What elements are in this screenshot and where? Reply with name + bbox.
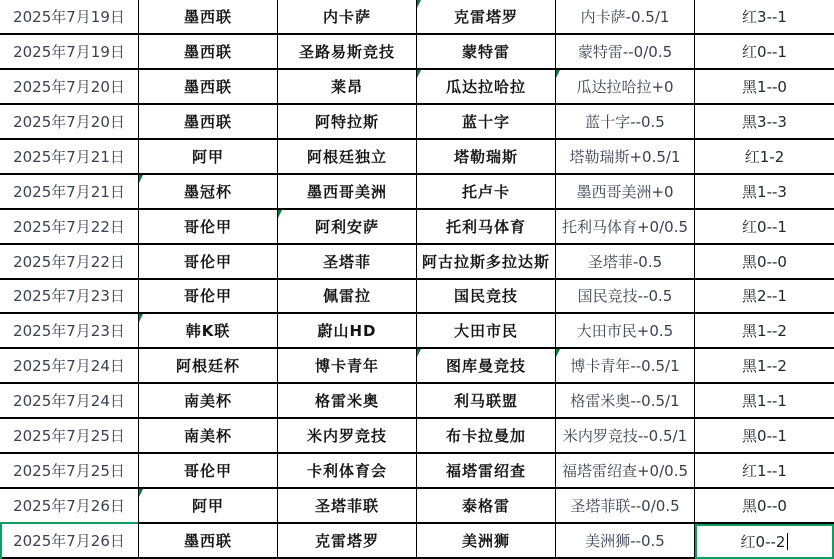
cell-date[interactable]: 2025年7月20日 [0, 70, 139, 105]
cell-text: 哥伦甲 [184, 216, 232, 237]
cell-text: 黑1--2 [742, 355, 787, 376]
cell-home[interactable]: 圣塔菲 [278, 245, 417, 280]
cell-away[interactable]: 托卢卡 [417, 175, 556, 210]
cell-home[interactable]: 蔚山HD [278, 314, 417, 349]
error-flag-icon [139, 314, 143, 322]
cell-text: 2025年7月20日 [13, 111, 125, 132]
cell-away[interactable]: 泰格雷 [417, 489, 556, 524]
cell-away[interactable]: 蓝十字 [417, 105, 556, 140]
cell-date[interactable]: 2025年7月26日 [0, 489, 139, 524]
cell-date[interactable]: 2025年7月24日 [0, 349, 139, 384]
cell-handicap[interactable]: 瓜达拉哈拉+0 [556, 70, 695, 105]
cell-text: 墨西联 [184, 41, 232, 62]
cell-text: 红1--1 [742, 460, 787, 481]
cell-away[interactable]: 图库曼竞技 [417, 349, 556, 384]
cell-text: 黑1--1 [742, 390, 787, 411]
cell-league[interactable]: 墨冠杯 [139, 175, 278, 210]
cell-text: 墨西联 [184, 530, 232, 551]
cell-league[interactable]: 哥伦甲 [139, 210, 278, 245]
cell-text: 红0--1 [742, 41, 787, 62]
cell-text: 韩K联 [186, 320, 231, 341]
cell-text: 黑0--1 [742, 425, 787, 446]
cell-text: 阿甲 [192, 495, 224, 516]
cell-text: 国民竞技 [454, 285, 518, 306]
cell-text: 圣塔菲联--0/0.5 [570, 495, 679, 516]
cell-home[interactable]: 圣塔菲联 [278, 489, 417, 524]
cell-date[interactable]: 2025年7月23日 [0, 280, 139, 315]
cell-result[interactable]: 黑0--0 [695, 245, 834, 280]
cell-away[interactable]: 托利马体育 [417, 210, 556, 245]
cell-date[interactable]: 2025年7月22日 [0, 210, 139, 245]
cell-text: 墨西联 [184, 76, 232, 97]
cell-away[interactable]: 克雷塔罗 [417, 0, 556, 35]
cell-result[interactable]: 黑1--1 [695, 384, 834, 419]
cell-date[interactable]: 2025年7月25日 [0, 454, 139, 489]
cell-text: 美洲狮--0.5 [585, 530, 665, 551]
cell-text: 蒙特雷 [462, 41, 510, 62]
text-cursor [787, 533, 788, 550]
cell-text: 哥伦甲 [184, 285, 232, 306]
cell-handicap[interactable]: 蓝十字--0.5 [556, 105, 695, 140]
cell-league[interactable]: 南美杯 [139, 419, 278, 454]
cell-text: 哥伦甲 [184, 251, 232, 272]
cell-date[interactable]: 2025年7月19日 [0, 0, 139, 35]
cell-home[interactable]: 阿根廷独立 [278, 140, 417, 175]
error-flag-icon [556, 349, 560, 357]
cell-text: 红3--1 [742, 6, 787, 27]
cell-text: 红0--2 [741, 531, 786, 552]
cell-league[interactable]: 阿根廷杯 [139, 349, 278, 384]
cell-text: 墨西哥美洲 [307, 181, 387, 202]
cell-text: 蓝十字--0.5 [585, 111, 665, 132]
cell-text: 格雷米奥--0.5/1 [570, 390, 679, 411]
cell-text: 莱昂 [331, 76, 363, 97]
cell-text: 蓝十字 [462, 111, 510, 132]
cell-home[interactable]: 佩雷拉 [278, 280, 417, 315]
cell-text: 福塔雷绍查+0/0.5 [562, 460, 688, 481]
cell-text: 黑0--0 [742, 495, 787, 516]
cell-home[interactable]: 莱昂 [278, 70, 417, 105]
cell-text: 博卡青年--0.5/1 [570, 355, 679, 376]
cell-text: 黑2--1 [742, 285, 787, 306]
cell-result[interactable]: 红0--1 [695, 35, 834, 70]
error-flag-icon [417, 349, 421, 357]
cell-result[interactable]: 红3--1 [695, 0, 834, 35]
cell-result[interactable]: 红1-2 [695, 140, 834, 175]
cell-text: 克雷塔罗 [315, 530, 379, 551]
cell-text: 2025年7月19日 [13, 41, 125, 62]
cell-text: 米内罗竞技--0.5/1 [563, 425, 687, 446]
cell-text: 瓜达拉哈拉+0 [576, 76, 673, 97]
cell-text: 红0--1 [742, 216, 787, 237]
cell-result[interactable]: 黑1--0 [695, 70, 834, 105]
error-flag-icon [417, 0, 421, 8]
cell-league[interactable]: 墨西联 [139, 105, 278, 140]
cell-handicap[interactable]: 博卡青年--0.5/1 [556, 349, 695, 384]
cell-text: 2025年7月24日 [13, 355, 125, 376]
cell-league[interactable]: 哥伦甲 [139, 245, 278, 280]
cell-text: 2025年7月26日 [13, 495, 125, 516]
cell-text: 托卢卡 [462, 181, 510, 202]
cell-home[interactable]: 克雷塔罗 [278, 524, 417, 559]
cell-text: 米内罗竞技 [307, 425, 387, 446]
cell-text: 黑1--0 [742, 76, 787, 97]
cell-result[interactable]: 黑1--3 [695, 175, 834, 210]
cell-text: 2025年7月24日 [13, 390, 125, 411]
cell-text: 黑0--0 [742, 251, 787, 272]
cell-text: 2025年7月23日 [13, 320, 125, 341]
cell-text: 托利马体育+0/0.5 [562, 216, 688, 237]
error-flag-icon [278, 210, 282, 218]
cell-text: 2025年7月21日 [13, 181, 125, 202]
cell-text: 阿特拉斯 [315, 111, 379, 132]
cell-text: 2025年7月26日 [13, 530, 125, 551]
cell-home[interactable]: 阿利安萨 [278, 210, 417, 245]
cell-text: 2025年7月21日 [13, 146, 125, 167]
cell-text: 墨西哥美洲+0 [576, 181, 673, 202]
cell-away[interactable]: 国民竞技 [417, 280, 556, 315]
cell-away[interactable]: 阿古拉斯多拉达斯 [417, 245, 556, 280]
cell-away[interactable]: 瓜达拉哈拉 [417, 70, 556, 105]
cell-league[interactable]: 墨西联 [139, 35, 278, 70]
cell-text: 阿利安萨 [315, 216, 379, 237]
cell-text: 阿甲 [192, 146, 224, 167]
cell-handicap[interactable]: 墨西哥美洲+0 [556, 175, 695, 210]
cell-text: 克雷塔罗 [454, 6, 518, 27]
cell-home[interactable]: 阿特拉斯 [278, 105, 417, 140]
cell-text: 蒙特雷--0/0.5 [578, 41, 672, 62]
cell-text: 蔚山HD [317, 320, 376, 341]
cell-result[interactable]: 红0--1 [695, 210, 834, 245]
cell-handicap[interactable]: 国民竞技--0.5 [556, 280, 695, 315]
cell-text: 内卡萨-0.5/1 [581, 6, 670, 27]
cell-text: 2025年7月25日 [13, 460, 125, 481]
cell-text: 黑3--3 [742, 111, 787, 132]
cell-text: 布卡拉曼加 [446, 425, 526, 446]
cell-text: 圣塔菲 [323, 251, 371, 272]
cell-text: 图库曼竞技 [446, 355, 526, 376]
cell-text: 塔勒瑞斯 [454, 146, 518, 167]
cell-text: 墨西联 [184, 111, 232, 132]
cell-text: 福塔雷绍查 [446, 460, 526, 481]
cell-text: 阿根廷杯 [176, 355, 240, 376]
cell-away[interactable]: 塔勒瑞斯 [417, 140, 556, 175]
cell-text: 黑1--3 [742, 181, 787, 202]
cell-date[interactable]: 2025年7月19日 [0, 35, 139, 70]
betting-record-spreadsheet: 2025年7月19日墨西联内卡萨克雷塔罗内卡萨-0.5/1红3--12025年7… [0, 0, 834, 559]
cell-text: 2025年7月20日 [13, 76, 125, 97]
error-flag-icon [139, 175, 143, 183]
cell-home[interactable]: 米内罗竞技 [278, 419, 417, 454]
cell-handicap[interactable]: 格雷米奥--0.5/1 [556, 384, 695, 419]
cell-handicap[interactable]: 福塔雷绍查+0/0.5 [556, 454, 695, 489]
cell-text: 2025年7月25日 [13, 425, 125, 446]
cell-text: 卡利体育会 [307, 460, 387, 481]
cell-date[interactable]: 2025年7月25日 [0, 419, 139, 454]
cell-text: 利马联盟 [454, 390, 518, 411]
cell-league[interactable]: 墨西联 [139, 0, 278, 35]
cell-home[interactable]: 墨西哥美洲 [278, 175, 417, 210]
cell-handicap[interactable]: 圣塔菲联--0/0.5 [556, 489, 695, 524]
cell-text: 泰格雷 [462, 495, 510, 516]
cell-result[interactable]: 红1--1 [695, 454, 834, 489]
cell-league[interactable]: 南美杯 [139, 384, 278, 419]
cell-text: 2025年7月23日 [13, 285, 125, 306]
cell-date[interactable]: 2025年7月21日 [0, 140, 139, 175]
cell-handicap[interactable]: 塔勒瑞斯+0.5/1 [556, 140, 695, 175]
cell-league[interactable]: 墨西联 [139, 70, 278, 105]
cell-text: 红1-2 [745, 146, 785, 167]
cell-text: 2025年7月22日 [13, 251, 125, 272]
cell-text: 墨西联 [184, 6, 232, 27]
cell-handicap[interactable]: 大田市民+0.5 [556, 314, 695, 349]
cell-handicap[interactable]: 内卡萨-0.5/1 [556, 0, 695, 35]
cell-text: 国民竞技--0.5 [578, 285, 673, 306]
cell-text: 大田市民 [454, 320, 518, 341]
cell-result[interactable]: 黑3--3 [695, 105, 834, 140]
cell-text: 美洲狮 [462, 530, 510, 551]
cell-league[interactable]: 哥伦甲 [139, 280, 278, 315]
cell-text: 佩雷拉 [323, 285, 371, 306]
cell-away[interactable]: 美洲狮 [417, 524, 556, 559]
cell-text: 格雷米奥 [315, 390, 379, 411]
cell-home[interactable]: 博卡青年 [278, 349, 417, 384]
cell-league[interactable]: 阿甲 [139, 140, 278, 175]
cell-away[interactable]: 福塔雷绍查 [417, 454, 556, 489]
cell-result[interactable]: 黑2--1 [695, 280, 834, 315]
cell-home[interactable]: 格雷米奥 [278, 384, 417, 419]
cell-date[interactable]: 2025年7月21日 [0, 175, 139, 210]
cell-text: 阿根廷独立 [307, 146, 387, 167]
cell-text: 南美杯 [184, 425, 232, 446]
cell-away[interactable]: 蒙特雷 [417, 35, 556, 70]
error-flag-icon [556, 70, 560, 78]
cell-home[interactable]: 圣路易斯竞技 [278, 35, 417, 70]
cell-text: 大田市民+0.5 [577, 320, 673, 341]
cell-text: 南美杯 [184, 390, 232, 411]
cell-text: 2025年7月22日 [13, 216, 125, 237]
cell-text: 托利马体育 [446, 216, 526, 237]
error-flag-icon [417, 70, 421, 78]
cell-text: 博卡青年 [315, 355, 379, 376]
cell-result[interactable]: 黑1--2 [695, 349, 834, 384]
cell-league[interactable]: 哥伦甲 [139, 454, 278, 489]
cell-text: 瓜达拉哈拉 [446, 76, 526, 97]
cell-result[interactable]: 黑0--1 [695, 419, 834, 454]
cell-handicap[interactable]: 托利马体育+0/0.5 [556, 210, 695, 245]
cell-text: 黑1--2 [742, 320, 787, 341]
cell-text: 2025年7月19日 [13, 6, 125, 27]
cell-text: 圣塔菲-0.5 [588, 251, 662, 272]
cell-result[interactable]: 黑0--0 [695, 489, 834, 524]
cell-home[interactable]: 卡利体育会 [278, 454, 417, 489]
cell-handicap[interactable]: 圣塔菲-0.5 [556, 245, 695, 280]
cell-date[interactable]: 2025年7月20日 [0, 105, 139, 140]
cell-away[interactable]: 利马联盟 [417, 384, 556, 419]
cell-home[interactable]: 内卡萨 [278, 0, 417, 35]
cell-date[interactable]: 2025年7月24日 [0, 384, 139, 419]
cell-league[interactable]: 阿甲 [139, 489, 278, 524]
cell-text: 圣塔菲联 [315, 495, 379, 516]
cell-text: 塔勒瑞斯+0.5/1 [569, 146, 680, 167]
cell-text: 圣路易斯竞技 [299, 41, 395, 62]
cell-result[interactable]: 黑1--2 [695, 314, 834, 349]
error-flag-icon [139, 489, 143, 497]
active-cell-editing[interactable]: 红0--2 [695, 524, 834, 559]
cell-text: 阿古拉斯多拉达斯 [422, 251, 550, 272]
cell-handicap[interactable]: 蒙特雷--0/0.5 [556, 35, 695, 70]
cell-text: 内卡萨 [323, 6, 371, 27]
cell-text: 墨冠杯 [184, 181, 232, 202]
cell-away[interactable]: 布卡拉曼加 [417, 419, 556, 454]
cell-text: 哥伦甲 [184, 460, 232, 481]
green-outlined-cell[interactable]: 2025年7月26日 [0, 524, 139, 559]
cell-away[interactable]: 大田市民 [417, 314, 556, 349]
cell-league[interactable]: 韩K联 [139, 314, 278, 349]
cell-handicap[interactable]: 美洲狮--0.5 [556, 524, 695, 559]
cell-date[interactable]: 2025年7月22日 [0, 245, 139, 280]
cell-league[interactable]: 墨西联 [139, 524, 278, 559]
cell-handicap[interactable]: 米内罗竞技--0.5/1 [556, 419, 695, 454]
cell-date[interactable]: 2025年7月23日 [0, 314, 139, 349]
